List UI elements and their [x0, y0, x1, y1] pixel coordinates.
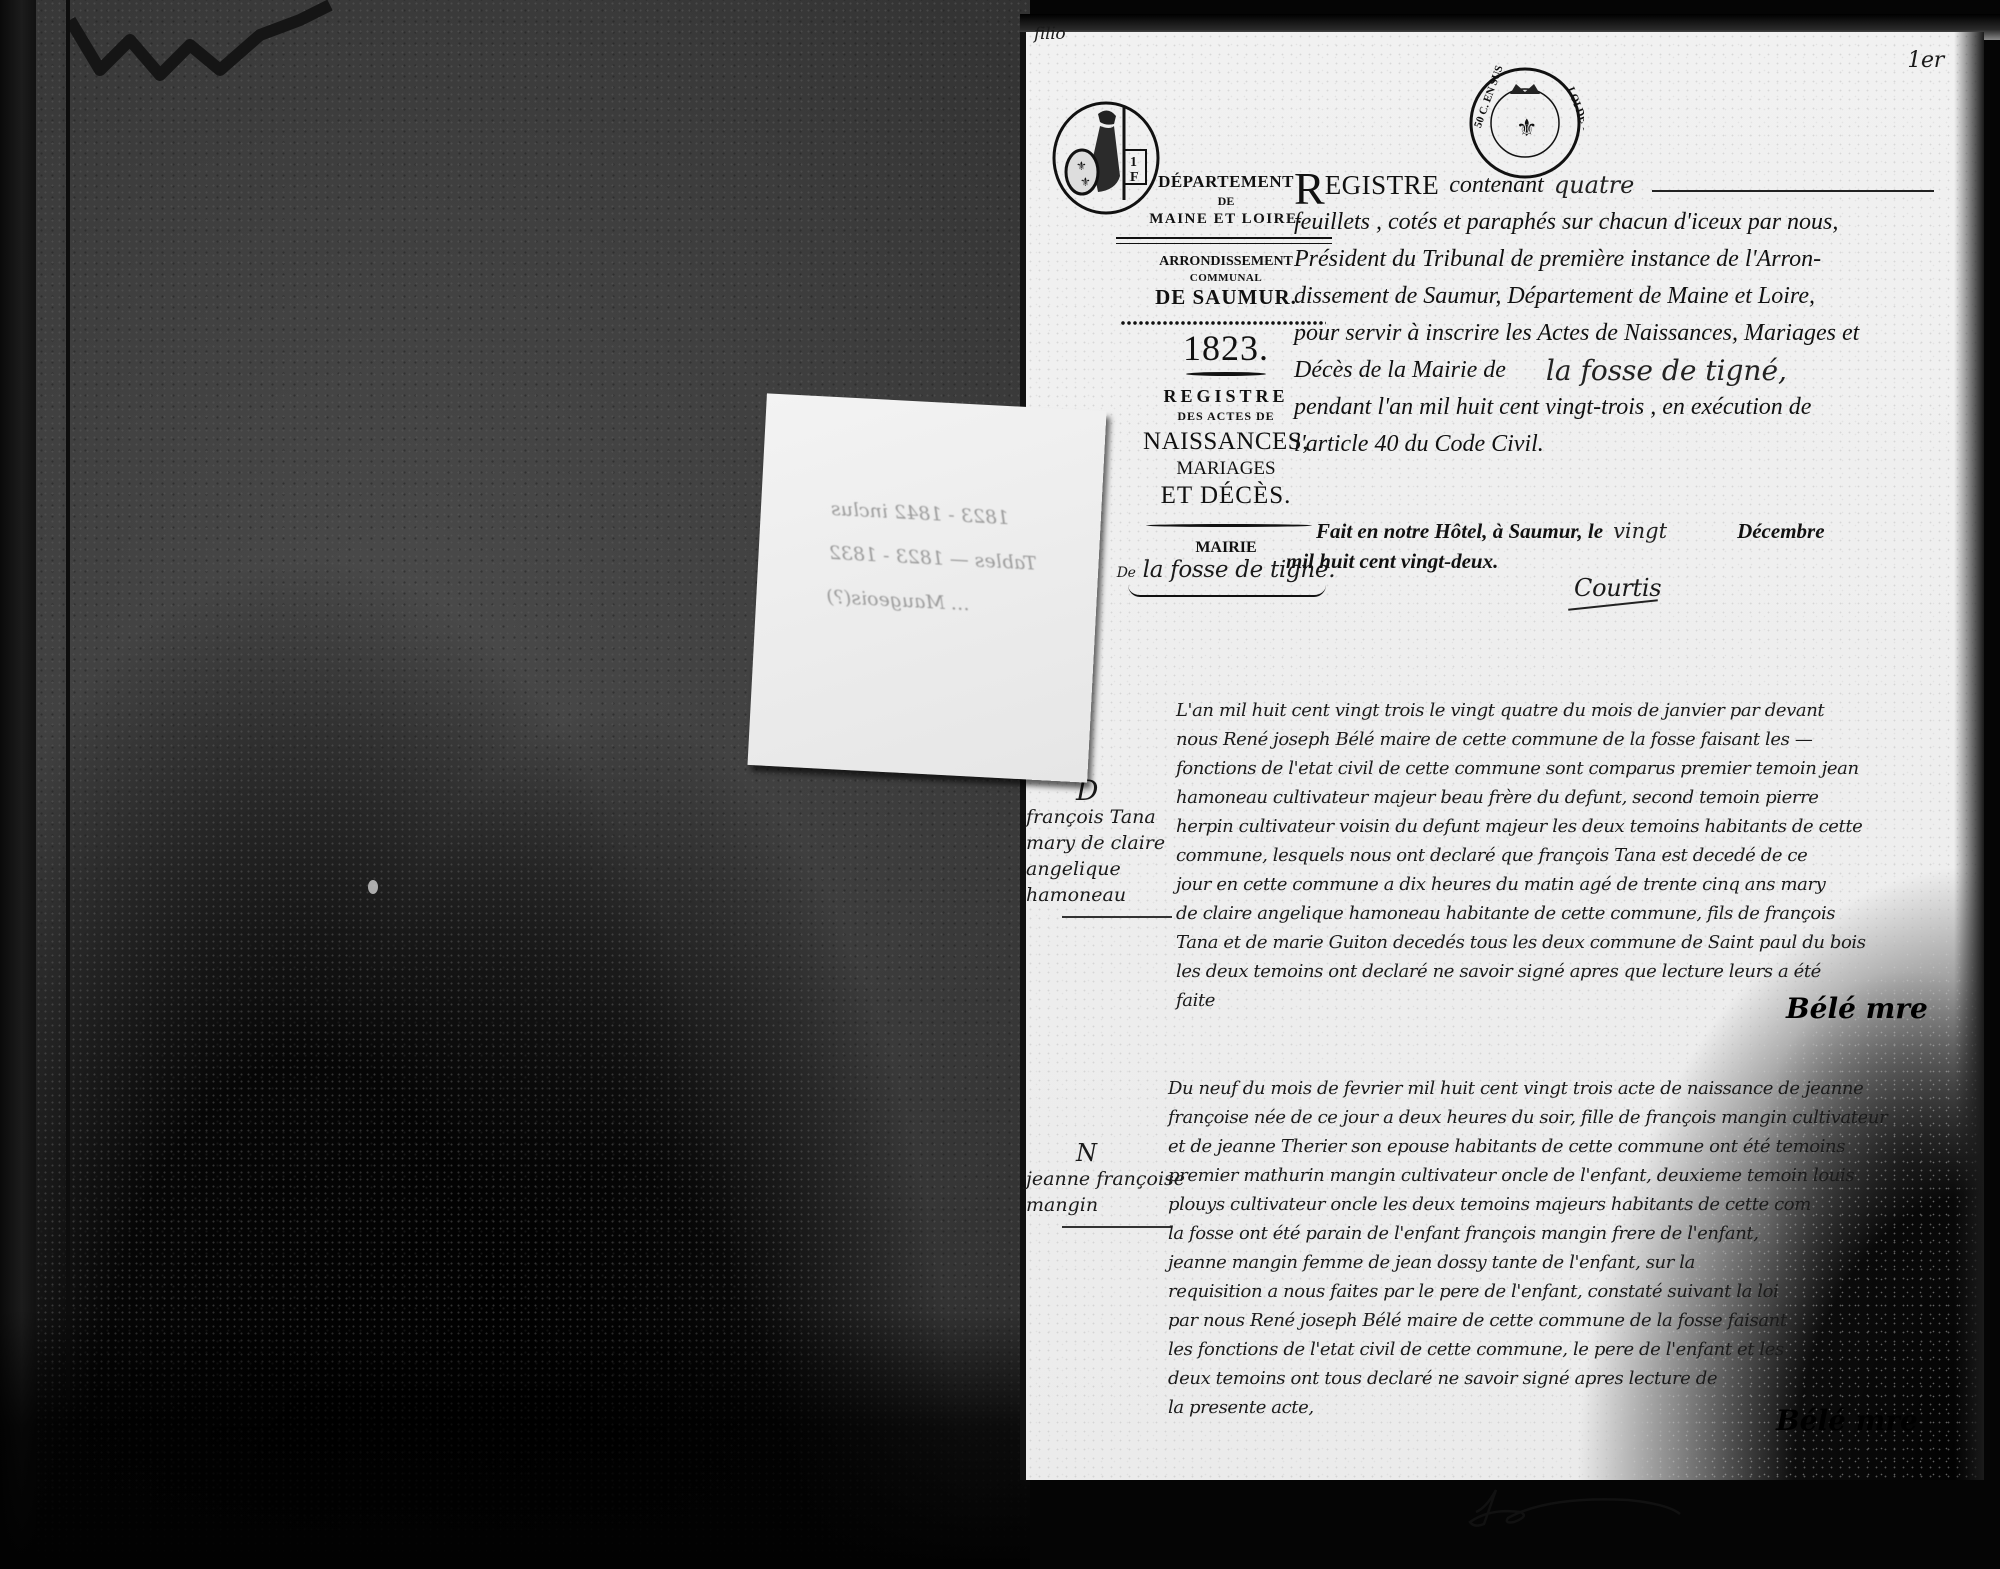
preamble-line: dissement de Saumur, Département de Main… [1294, 278, 1934, 315]
certification-year: mil huit cent vingt-deux. [1286, 546, 1936, 576]
act-line: nous René joseph Bélé maire de cette com… [1176, 725, 1866, 754]
margin-line: angelique [1026, 856, 1186, 882]
act-line: jour en cette commune a dix heures du ma… [1176, 870, 1866, 899]
svg-text:LOI DE 1816: LOI DE 1816 [1564, 85, 1584, 148]
act-line: la fosse ont été parain de l'enfant fran… [1168, 1219, 1887, 1248]
svg-text:1: 1 [1130, 155, 1137, 170]
act-line: françoise née de ce jour a deux heures d… [1168, 1103, 1887, 1132]
water-stain-icon [70, 0, 570, 90]
register-page: filio 1er ⚜ ⚜ 1 F ⚜ 50 C. EN SUS LOI DE … [1020, 32, 1984, 1480]
folio-note: filio [1034, 24, 1065, 44]
death-act: L'an mil huit cent vingt trois le vingt … [1176, 696, 1866, 1015]
slip-bleed-through-text: 1823 - 1842 inclus Tables — 1823 - 1832 … [825, 487, 1092, 632]
certification-start: Fait en notre Hôtel, à Saumur, le [1316, 516, 1603, 546]
margin-rule [1062, 916, 1172, 918]
brace-rule [1128, 585, 1326, 597]
act-line: les fonctions de l'etat civil de cette c… [1168, 1335, 1887, 1364]
cover-board [0, 0, 1030, 1569]
act-type-mark: D [1026, 778, 1186, 804]
preamble-line-start: Décès de la Mairie de [1294, 352, 1506, 389]
board-edge-line [66, 0, 70, 1400]
act-line: jeanne mangin femme de jean dossy tante … [1168, 1248, 1887, 1277]
birth-act: Du neuf du mois de fevrier mil huit cent… [1168, 1074, 1887, 1422]
preamble-line: feuillets , cotés et paraphés sur chacun… [1294, 204, 1934, 241]
act-line: plouys cultivateur oncle les deux temoin… [1168, 1190, 1887, 1219]
margin-line: hamoneau [1026, 882, 1186, 908]
swell-rule [1146, 524, 1312, 527]
page-number: 1er [1907, 48, 1944, 73]
registre-title: EGISTRE [1325, 167, 1440, 204]
loose-paper-slip: 1823 - 1842 inclus Tables — 1823 - 1832 … [747, 393, 1106, 782]
act-line: les deux temoins ont declaré ne savoir s… [1176, 957, 1866, 986]
svg-text:⚜: ⚜ [1516, 116, 1538, 142]
preamble-contenant: contenant [1449, 167, 1544, 204]
certification-month: Décembre [1737, 516, 1824, 546]
act-line: de claire angelique hamoneau habitante d… [1176, 899, 1866, 928]
act-line: Tana et de marie Guiton decedés tous les… [1176, 928, 1866, 957]
act-line: fonctions de l'etat civil de cette commu… [1176, 754, 1866, 783]
feuillets-count-handwritten: quatre [1554, 167, 1634, 204]
act-line: faite [1176, 986, 1866, 1015]
board-speck [368, 880, 378, 894]
act-line: requisition a nous faites par le pere de… [1168, 1277, 1887, 1306]
act-line: et de jeanne Therier son epouse habitant… [1168, 1132, 1887, 1161]
mayor-signature: Bélé mre [1776, 1404, 1918, 1437]
mairie-prefix: De [1117, 565, 1136, 581]
act-line: deux temoins ont tous declaré ne savoir … [1168, 1364, 1887, 1393]
act-line: premier mathurin mangin cultivateur oncl… [1168, 1161, 1887, 1190]
svg-text:⚜: ⚜ [1080, 175, 1091, 189]
mayor-signature: Bélé mre [1786, 992, 1928, 1025]
day-handwritten: vingt [1613, 516, 1667, 546]
act-line: commune, lesquels nous ont declaré que f… [1176, 841, 1866, 870]
act-line: herpin cultivateur voisin du defunt maje… [1176, 812, 1866, 841]
certification-block: Fait en notre Hôtel, à Saumur, le vingt … [1316, 516, 1936, 576]
swell-rule [1186, 372, 1266, 376]
board-shadow [0, 1309, 1030, 1569]
commune-handwritten: la fosse de tigné, [1546, 352, 1787, 389]
tax-stamp-icon: ⚜ 50 C. EN SUS LOI DE 1816 [1466, 64, 1584, 182]
preamble-line: pendant l'an mil huit cent vingt-trois ,… [1294, 389, 1934, 426]
act-line: L'an mil huit cent vingt trois le vingt … [1176, 696, 1866, 725]
printed-preamble: REGISTRE contenant quatre feuillets , co… [1294, 167, 1934, 463]
fill-line [1652, 190, 1934, 192]
closing-flourish-icon [1456, 1472, 1716, 1532]
margin-line: françois Tana [1026, 804, 1186, 830]
president-signature: Courtis [1574, 574, 1661, 602]
preamble-line: l'article 40 du Code Civil. [1294, 426, 1934, 463]
preamble-line: pour servir à inscrire les Actes de Nais… [1294, 315, 1934, 352]
act-line: hamoneau cultivateur majeur beau frère d… [1176, 783, 1866, 812]
preamble-line: Président du Tribunal de première instan… [1294, 241, 1934, 278]
act-margin-note: D françois Tana mary de claire angelique… [1026, 778, 1186, 918]
deces-label: ET DÉCÈS. [1106, 482, 1346, 510]
act-line: Du neuf du mois de fevrier mil huit cent… [1168, 1074, 1887, 1103]
margin-rule [1062, 1226, 1172, 1228]
act-line: par nous René joseph Bélé maire de cette… [1168, 1306, 1887, 1335]
margin-line: mary de claire [1026, 830, 1186, 856]
registre-initial: R [1294, 174, 1325, 204]
svg-text:⚜: ⚜ [1076, 159, 1087, 173]
